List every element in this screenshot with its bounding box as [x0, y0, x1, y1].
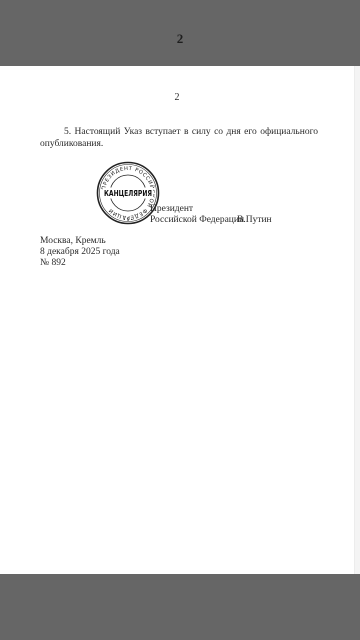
viewer-bottom-bar — [0, 574, 360, 640]
paragraph-line-1: 5. Настоящий Указ вступает в силу со дня… — [40, 127, 318, 138]
svg-text:• 5 •: • 5 • — [123, 217, 133, 222]
signature-title-line-1: Президент — [150, 204, 193, 215]
viewer-page-indicator: 2 — [0, 31, 360, 47]
document-page[interactable]: 2 5. Настоящий Указ вступает в силу со д… — [0, 66, 354, 574]
page-edge-scroll-strip — [354, 66, 360, 574]
decree-number: № 892 — [40, 258, 66, 269]
signature-name: В.Путин — [237, 215, 272, 226]
page-number: 2 — [0, 92, 354, 103]
viewer-top-bar: 2 — [0, 0, 360, 66]
signing-place: Москва, Кремль — [40, 236, 106, 247]
paragraph-line-2: опубликования. — [40, 139, 103, 150]
svg-text:КАНЦЕЛЯРИЯ: КАНЦЕЛЯРИЯ — [104, 189, 152, 198]
signing-date: 8 декабря 2025 года — [40, 247, 120, 258]
signature-title-line-2: Российской Федерации — [150, 215, 244, 226]
